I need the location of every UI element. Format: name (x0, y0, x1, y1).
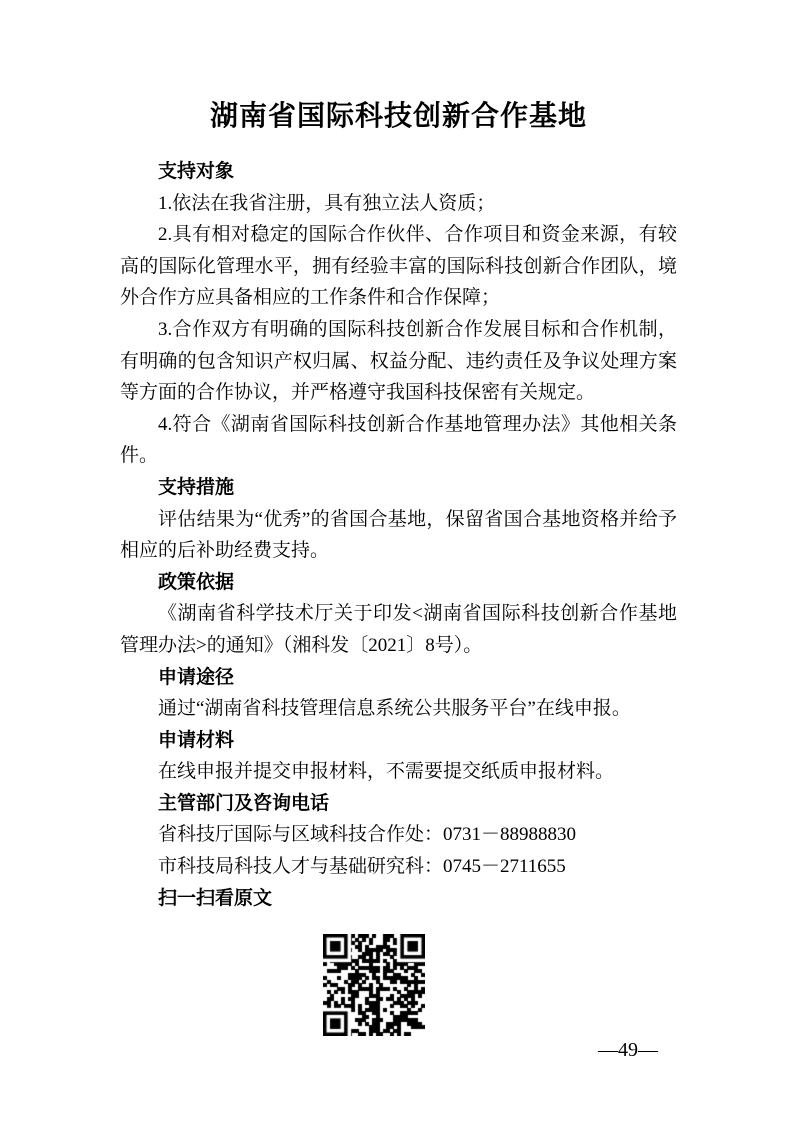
paragraph: 《湖南省科学技术厅关于印发<湖南省国际科技创新合作基地管理办法>的通知》（湘科发… (120, 598, 677, 661)
qr-code-container (323, 934, 425, 1036)
heading-policy-basis: 政策依据 (120, 567, 677, 599)
page-number: —49— (598, 1038, 658, 1062)
contact-line: 省科技厅国际与区域科技合作处：0731－88988830 (120, 819, 677, 851)
contact-line: 市科技局科技人才与基础研究科：0745－2711655 (120, 851, 677, 883)
paragraph: 在线申报并提交申报材料，不需要提交纸质申报材料。 (120, 756, 677, 788)
paragraph: 4.符合《湖南省国际科技创新合作基地管理办法》其他相关条件。 (120, 409, 677, 472)
paragraph: 3.合作双方有明确的国际科技创新合作发展目标和合作机制，有明确的包含知识产权归属… (120, 314, 677, 409)
heading-application-channel: 申请途径 (120, 662, 677, 694)
heading-scan-original: 扫一扫看原文 (120, 883, 677, 915)
paragraph: 通过“湖南省科技管理信息系统公共服务平台”在线申报。 (120, 693, 677, 725)
heading-application-materials: 申请材料 (120, 725, 677, 757)
heading-support-measures: 支持措施 (120, 472, 677, 504)
paragraph: 评估结果为“优秀”的省国合基地，保留省国合基地资格并给予相应的后补助经费支持。 (120, 504, 677, 567)
document-page: 湖南省国际科技创新合作基地 支持对象 1.依法在我省注册，具有独立法人资质； 2… (0, 0, 793, 1122)
paragraph: 1.依法在我省注册，具有独立法人资质； (120, 188, 677, 220)
heading-department-contacts: 主管部门及咨询电话 (120, 788, 677, 820)
page-title: 湖南省国际科技创新合作基地 (120, 98, 677, 136)
paragraph: 2.具有相对稳定的国际合作伙伴、合作项目和资金来源，有较高的国际化管理水平，拥有… (120, 219, 677, 314)
qr-code (323, 934, 425, 1036)
heading-support-target: 支持对象 (120, 156, 677, 188)
document-content: 湖南省国际科技创新合作基地 支持对象 1.依法在我省注册，具有独立法人资质； 2… (120, 98, 677, 1036)
